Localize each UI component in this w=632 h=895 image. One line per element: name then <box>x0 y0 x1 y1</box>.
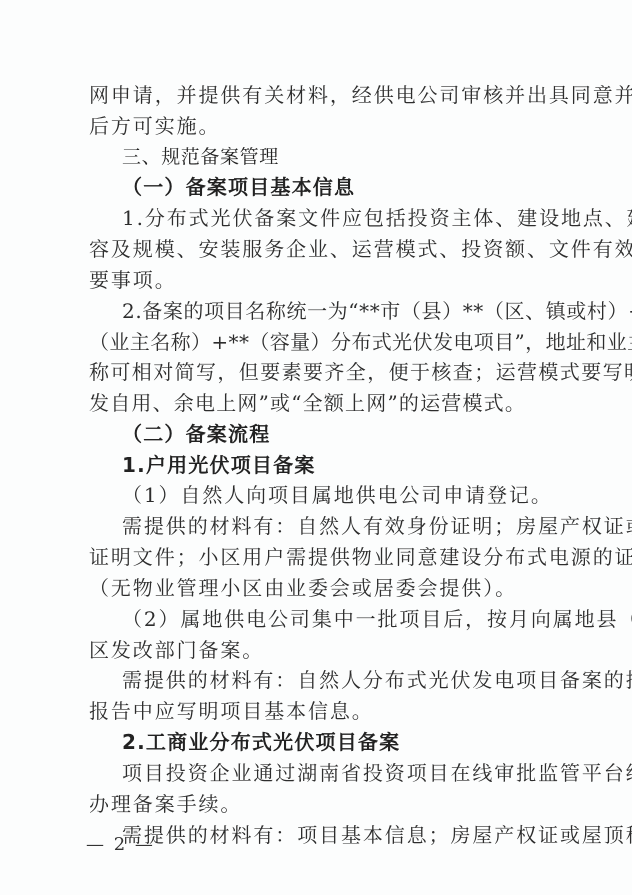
paragraph-line: 发自用、余电上网”或“全额上网”的运营模式。 <box>89 388 559 418</box>
paragraph-line: 区发改部门备案。 <box>89 635 559 665</box>
paragraph-line: 1.分布式光伏备案文件应包括投资主体、建设地点、建设内 <box>122 203 592 233</box>
paragraph-line: 需提供的材料有：项目基本信息；房屋产权证或屋顶租赁合 <box>122 820 592 850</box>
paragraph-line: 要事项。 <box>89 265 559 295</box>
document-page: 网申请，并提供有关材料，经供电公司审核并出具同意并网意见 后方可实施。 三、规范… <box>0 0 632 895</box>
paragraph-line: 容及规模、安装服务企业、运营模式、投资额、文件有效期等主 <box>89 234 559 264</box>
paragraph-line: 2.备案的项目名称统一为“**市（县）**（区、镇或村）+** <box>122 296 592 326</box>
paragraph-line: 办理备案手续。 <box>89 789 559 819</box>
item-heading: 2.工商业分布式光伏项目备案 <box>122 727 592 757</box>
paragraph-line: （业主名称）+**（容量）分布式光伏发电项目”，地址和业主名 <box>89 327 559 357</box>
paragraph-line: （1）自然人向项目属地供电公司申请登记。 <box>122 480 592 510</box>
paragraph-line: （无物业管理小区由业委会或居委会提供）。 <box>89 573 559 603</box>
section-heading: 三、规范备案管理 <box>122 142 592 172</box>
paragraph-line: 需提供的材料有：自然人有效身份证明；房屋产权证或其他 <box>122 511 592 541</box>
paragraph-line: 证明文件；小区用户需提供物业同意建设分布式电源的证明材料 <box>89 542 559 572</box>
paragraph-line: 项目投资企业通过湖南省投资项目在线审批监管平台线上 <box>122 758 592 788</box>
subsection-heading: （一）备案项目基本信息 <box>122 172 592 202</box>
item-heading: 1.户用光伏项目备案 <box>122 450 592 480</box>
paragraph-line: 网申请，并提供有关材料，经供电公司审核并出具同意并网意见 <box>89 80 559 110</box>
paragraph-line: 后方可实施。 <box>89 111 559 141</box>
paragraph-line: （2）属地供电公司集中一批项目后，按月向属地县（市） <box>122 604 592 634</box>
page-number: — 2 — <box>86 832 155 858</box>
paragraph-line: 需提供的材料有：自然人分布式光伏发电项目备案的报告， <box>122 665 592 695</box>
subsection-heading: （二）备案流程 <box>122 419 592 449</box>
paragraph-line: 报告中应写明项目基本信息。 <box>89 696 559 726</box>
paragraph-line: 称可相对简写，但要素要齐全，便于核查；运营模式要写明“自 <box>89 357 559 387</box>
